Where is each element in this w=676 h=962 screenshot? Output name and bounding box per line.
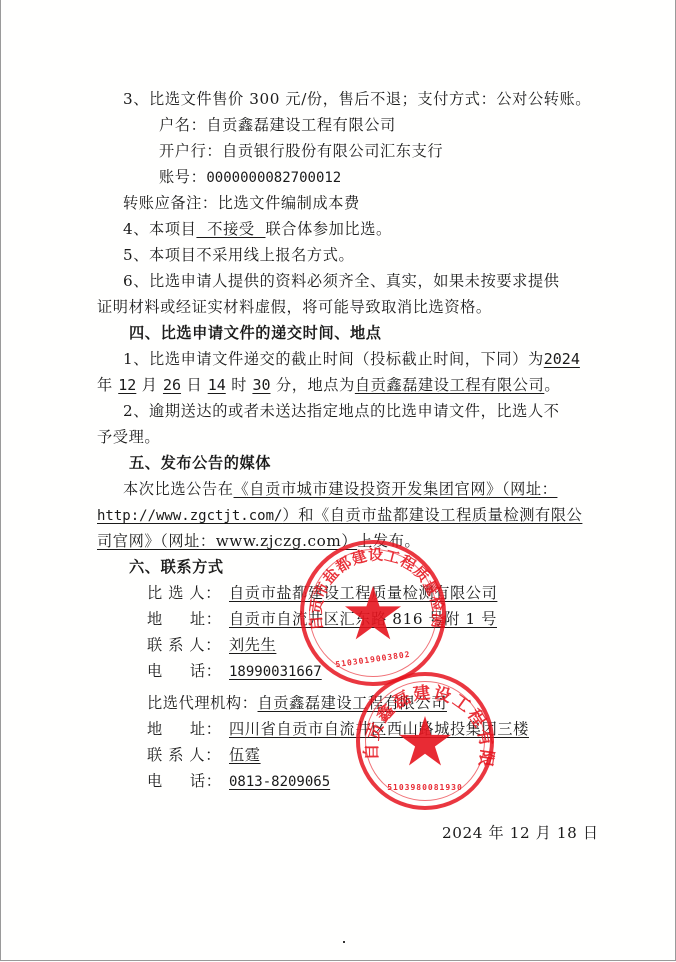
account-number-label: 账号： [159,168,206,186]
day-unit: 日 [186,376,202,394]
section-5-heading: 五、发布公告的媒体 [129,452,271,474]
account-name: 户名：自贡鑫磊建设工程有限公司 [159,114,396,136]
item-4-prefix: 4、本项目 [123,220,196,238]
sentence-end: 。 [544,376,560,394]
section-4-heading: 四、比选申请文件的递交时间、地点 [129,322,382,344]
agency-contact-label: 联 系 人： [147,744,229,766]
transfer-remark: 转账应备注：比选文件编制成本费 [123,192,360,214]
selector-phone-row: 电 话：18990031667 [147,660,322,683]
agency-address-label: 地 址： [147,718,229,740]
agency-phone-row: 电 话：0813-8209065 [147,770,330,793]
deadline-month: 12 [118,376,136,394]
star-icon [345,586,401,640]
media-url-1[interactable]: http://www.zgctjt.com/ [97,508,282,524]
agency-contact-row: 联 系 人：伍霆 [147,744,261,766]
page-mark [343,941,345,943]
deadline-line-1: 1、比选申请文件递交的截止时间（投标截止时间，下同）为2024 [123,348,580,370]
selector-address-label: 地 址： [147,608,229,630]
late-submission-line-2: 予受理。 [97,426,160,448]
hour-unit: 时 [231,376,247,394]
issue-date: 2024 年 12 月 18 日 [442,822,599,844]
media-link-2[interactable]: ）和《自贡市盐都建设工程质量检测有限公 [282,506,582,524]
item-3-price: 3、比选文件售价 300 元/份，售后不退；支付方式：公对公转账。 [123,88,591,110]
star-icon [399,716,451,766]
submission-place: 自贡鑫磊建设工程有限公司 [355,376,544,394]
media-prefix: 本次比选公告在 [123,480,234,498]
selector-name-label: 比 选 人： [147,582,229,604]
deadline-day: 26 [163,376,181,394]
minute-unit: 分，地点为 [276,376,355,394]
selector-contact-row: 联 系 人：刘先生 [147,634,276,656]
official-seal-agency: 自贡鑫磊建设工程有限公司 5103980081930 [356,672,494,810]
selector-contact-label: 联 系 人： [147,634,229,656]
section-6-heading: 六、联系方式 [129,556,224,578]
deadline-prefix: 1、比选申请文件递交的截止时间（投标截止时间，下同）为 [123,350,544,368]
item-4-value: 不接受 [196,220,265,238]
deadline-year: 2024 [544,350,580,368]
agency-phone: 0813-8209065 [229,774,330,790]
document-page: 3、比选文件售价 300 元/份，售后不退；支付方式：公对公转账。 户名：自贡鑫… [0,0,676,961]
bank-name: 开户行：自贡银行股份有限公司汇东支行 [159,140,443,162]
selector-contact: 刘先生 [229,636,276,654]
item-6-line-1: 6、比选申请人提供的资料必须齐全、真实，如果未按要求提供 [123,270,560,292]
media-line-2: http://www.zgctjt.com/）和《自贡市盐都建设工程质量检测有限… [97,504,582,527]
item-4-consortium: 4、本项目 不接受 联合体参加比选。 [123,218,392,240]
media-link-1[interactable]: 《自贡市城市建设投资开发集团官网》（网址： [234,480,558,498]
seal-2-code: 5103980081930 [360,783,490,792]
item-6-line-2: 证明材料或经证实材料虚假，将可能导致取消比选资格。 [97,296,492,318]
deadline-line-2: 年 12 月 26 日 14 时 30 分，地点为自贡鑫磊建设工程有限公司。 [97,374,560,396]
account-number-value: 0000000082700012 [206,170,341,186]
agency-name-label: 比选代理机构： [147,694,258,712]
deadline-hour: 14 [208,376,226,394]
year-unit: 年 [97,376,113,394]
media-line-1: 本次比选公告在《自贡市城市建设投资开发集团官网》（网址： [123,478,557,500]
official-seal-selector: 自贡市盐都建设工程质量检测有限公司 5103019003802 [300,540,446,686]
month-unit: 月 [142,376,158,394]
selector-phone-label: 电 话： [147,660,229,682]
deadline-minute: 30 [252,376,270,394]
agency-phone-label: 电 话： [147,770,229,792]
agency-contact: 伍霆 [229,746,261,764]
item-4-suffix: 联合体参加比选。 [266,220,392,238]
item-5-registration: 5、本项目不采用线上报名方式。 [123,244,354,266]
late-submission-line-1: 2、逾期送达的或者未送达指定地点的比选申请文件，比选人不 [123,400,560,422]
account-number: 账号：0000000082700012 [159,166,341,189]
